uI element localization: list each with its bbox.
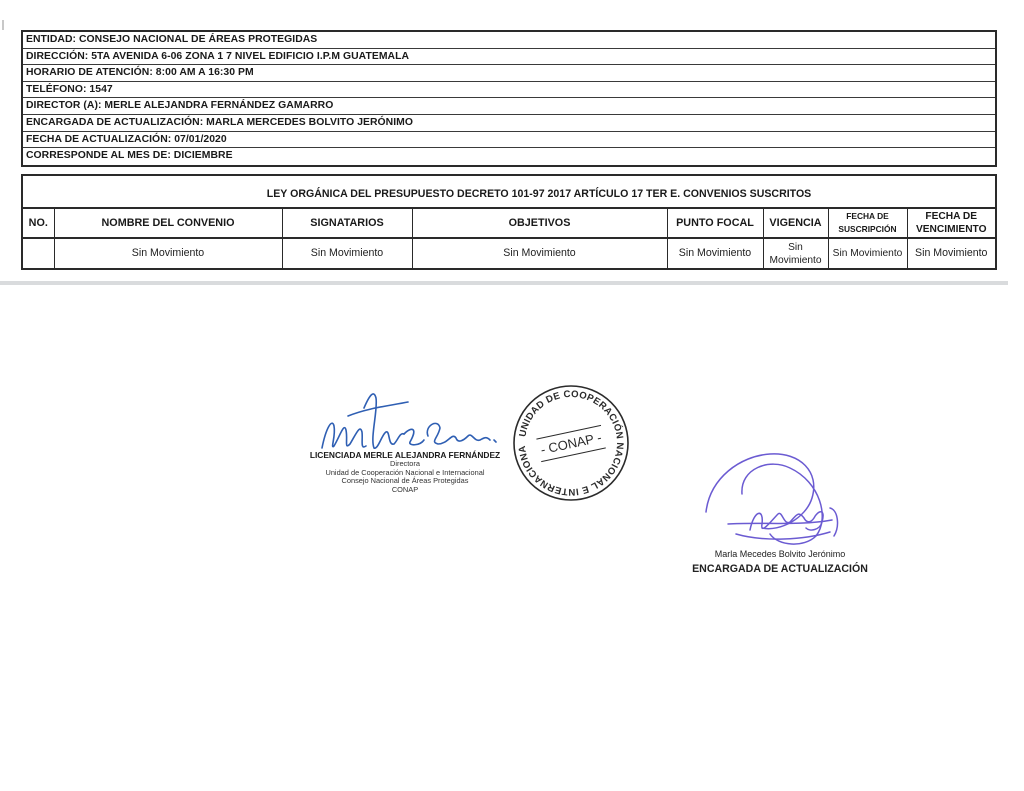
col-fecha-vencimiento: FECHA DE VENCIMIENTO: [907, 209, 995, 238]
table-header-row: NO. NOMBRE DEL CONVENIO SIGNATARIOS OBJE…: [23, 209, 995, 238]
table-row: Sin Movimiento Sin Movimiento Sin Movimi…: [23, 238, 995, 268]
director-signature-icon: [308, 388, 508, 458]
cell-no: [23, 238, 54, 268]
seal-stamp-icon: UNIDAD DE COOPERACIÓN NACIONAL E INTERNA…: [510, 382, 632, 504]
entity-info-block: ENTIDAD: CONSEJO NACIONAL DE ÁREAS PROTE…: [21, 30, 997, 167]
convenios-table: LEY ORGÁNICA DEL PRESUPUESTO DECRETO 101…: [21, 174, 997, 270]
col-no: NO.: [23, 209, 54, 238]
cell-nombre-convenio: Sin Movimiento: [54, 238, 282, 268]
col-fecha-suscripcion: FECHA DE SUSCRIPCIÓN: [828, 209, 907, 238]
director-acronym: CONAP: [300, 486, 510, 495]
updater-name: Marla Mecedes Bolvito Jerónimo: [680, 549, 880, 559]
col-signatarios: SIGNATARIOS: [282, 209, 412, 238]
cell-signatarios: Sin Movimiento: [282, 238, 412, 268]
page-separator: [0, 281, 1008, 285]
director-signature-block: LICENCIADA MERLE ALEJANDRA FERNÁNDEZ Dir…: [300, 388, 510, 508]
table-title: LEY ORGÁNICA DEL PRESUPUESTO DECRETO 101…: [23, 176, 995, 209]
cell-fecha-suscripcion: Sin Movimiento: [828, 238, 907, 268]
updater-role: ENCARGADA DE ACTUALIZACIÓN: [680, 563, 880, 575]
info-telefono: TELÉFONO: 1547: [23, 82, 995, 99]
info-horario: HORARIO DE ATENCIÓN: 8:00 AM A 16:30 PM: [23, 65, 995, 82]
info-fecha-actualizacion: FECHA DE ACTUALIZACIÓN: 07/01/2020: [23, 132, 995, 149]
col-objetivos: OBJETIVOS: [412, 209, 667, 238]
cell-fecha-vencimiento: Sin Movimiento: [907, 238, 995, 268]
conap-seal: UNIDAD DE COOPERACIÓN NACIONAL E INTERNA…: [510, 382, 632, 504]
col-punto-focal: PUNTO FOCAL: [667, 209, 763, 238]
info-mes: CORRESPONDE AL MES DE: DICIEMBRE: [23, 148, 995, 165]
info-encargada: ENCARGADA DE ACTUALIZACIÓN: MARLA MERCED…: [23, 115, 995, 132]
info-entidad: ENTIDAD: CONSEJO NACIONAL DE ÁREAS PROTE…: [23, 32, 995, 49]
updater-signature-icon: [680, 448, 900, 558]
updater-signature-block: Marla Mecedes Bolvito Jerónimo ENCARGADA…: [680, 448, 900, 583]
col-nombre-convenio: NOMBRE DEL CONVENIO: [54, 209, 282, 238]
convenios-grid: NO. NOMBRE DEL CONVENIO SIGNATARIOS OBJE…: [23, 209, 995, 268]
cell-objetivos: Sin Movimiento: [412, 238, 667, 268]
col-vigencia: VIGENCIA: [763, 209, 828, 238]
cell-punto-focal: Sin Movimiento: [667, 238, 763, 268]
cell-vigencia: Sin Movimiento: [763, 238, 828, 268]
seal-center-text: - CONAP -: [539, 430, 603, 458]
info-direccion: DIRECCIÓN: 5TA AVENIDA 6-06 ZONA 1 7 NIV…: [23, 49, 995, 66]
scan-edge-mark: [2, 20, 4, 30]
info-director: DIRECTOR (A): MERLE ALEJANDRA FERNÁNDEZ …: [23, 98, 995, 115]
